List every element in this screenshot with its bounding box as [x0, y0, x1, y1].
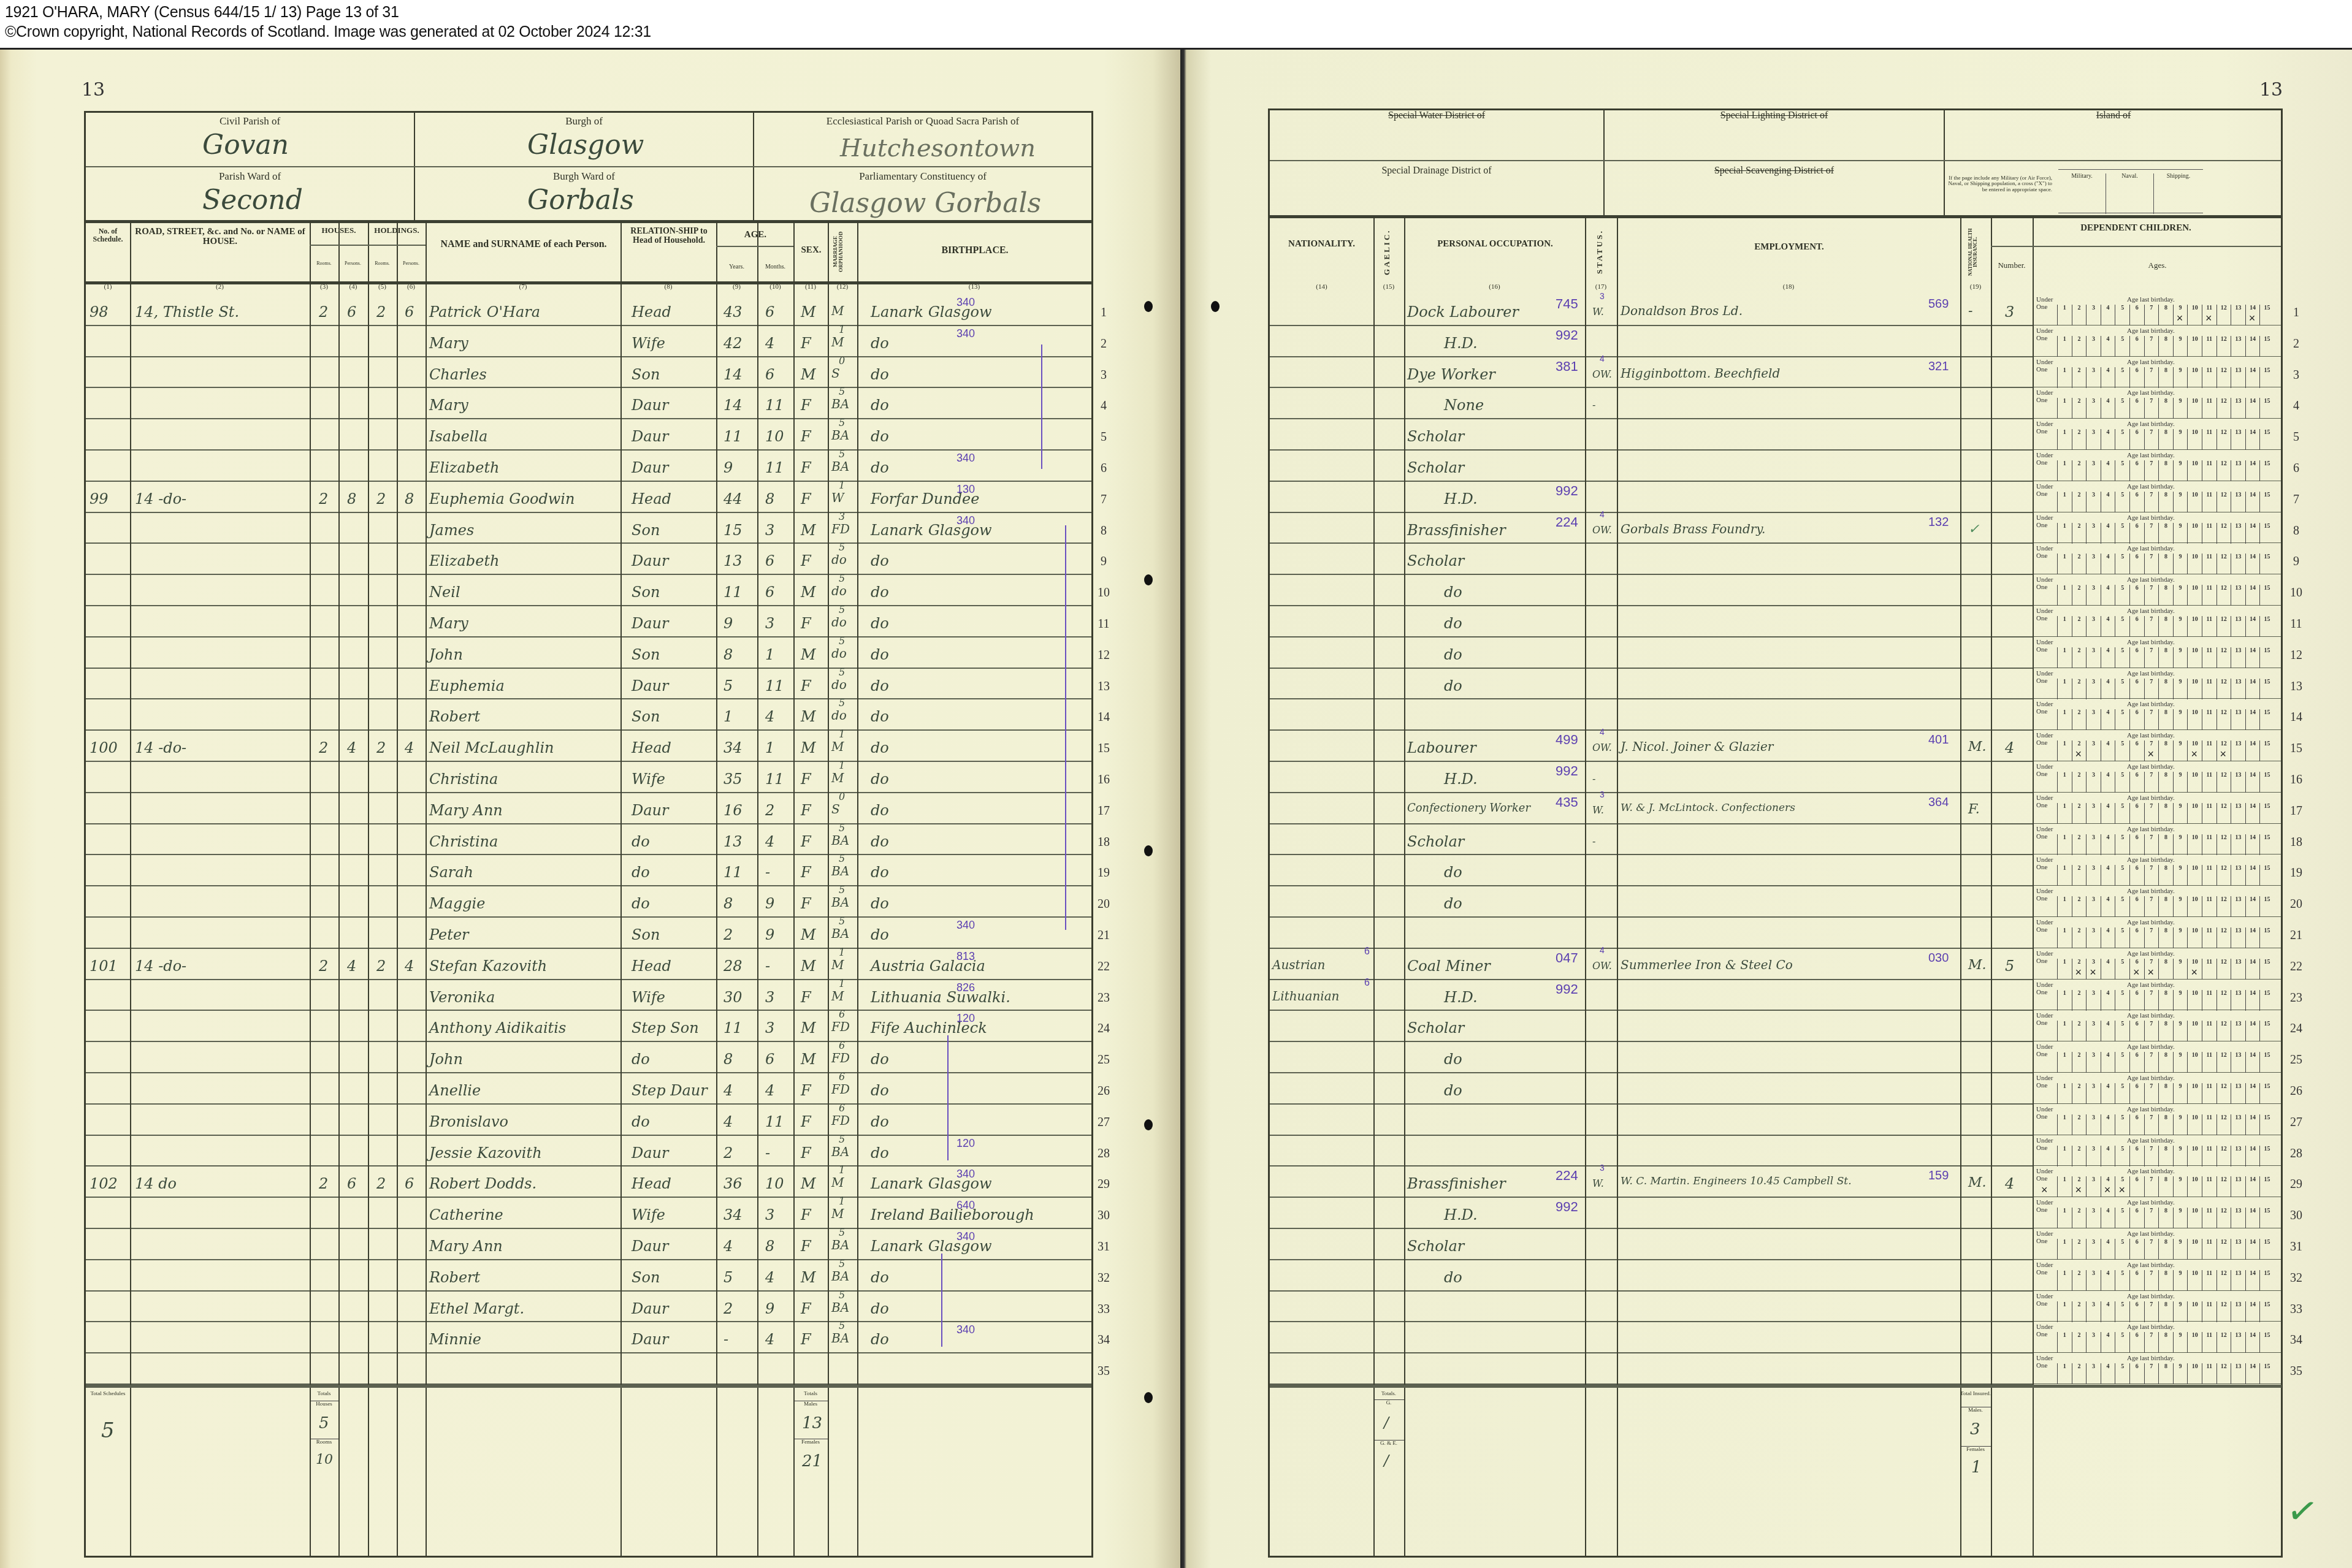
row-number: 16 [1091, 773, 1116, 787]
age-column-1: 1 [2057, 1176, 2072, 1197]
age-months: 8 [765, 1238, 774, 1255]
under-one-label: Under One [2036, 856, 2057, 871]
age-column-15: 15 [2259, 834, 2274, 855]
binding-hole [1144, 845, 1153, 856]
col-dependent-children: DEPENDENT CHILDREN. [1991, 224, 2281, 234]
age-column-14: 14 [2245, 709, 2260, 730]
child-age-cross: × [2075, 1184, 2082, 1197]
person-name: Bronislavo [429, 1113, 508, 1130]
age-years: 11 [724, 428, 743, 445]
age-column-1: 1 [2057, 492, 2072, 512]
marriage-code: 0 [839, 791, 845, 802]
age-column-15: 15 [2259, 1146, 2274, 1166]
relationship: Head [632, 1175, 671, 1192]
table-row: doUnder OneAge last birthday.12345678910… [1180, 855, 2352, 886]
under-one-label: Under One [2036, 545, 2057, 560]
col-birthplace: BIRTHPLACE. [858, 246, 1091, 256]
under-one-label: Under One [2036, 1262, 2057, 1276]
age-column-9: 9 [2173, 1114, 2188, 1135]
age-column-12: 12 [2216, 585, 2231, 606]
age-column-7: 7 [2144, 1301, 2159, 1322]
birthplace-code: 340 [956, 919, 975, 932]
marriage-code: 1 [839, 1164, 845, 1176]
age-column-3: 3 [2086, 1270, 2101, 1291]
row-number: 11 [1091, 617, 1116, 631]
age-column-13: 13 [2231, 679, 2245, 699]
row-number: 15 [2284, 742, 2308, 756]
age-column-9: 9 [2173, 1146, 2188, 1166]
age-column-10: 10 [2187, 1052, 2202, 1073]
marriage-code: 5 [839, 822, 845, 834]
age-column-4: 4 [2101, 616, 2115, 637]
age-column-14: 14 [2245, 803, 2260, 824]
under-one-label: Under One [2036, 1323, 2057, 1338]
col-number-label: (19) [1960, 284, 1991, 291]
national-health-insurance: F. [1968, 802, 1980, 817]
age-column-9: 9 [2173, 709, 2188, 730]
row-number: 11 [2284, 617, 2308, 631]
age-column-12: 12 [2216, 554, 2231, 574]
age-column-10: 10 [2187, 305, 2202, 325]
age-column-7: 7 [2144, 616, 2159, 637]
age-column-10: 10 [2187, 585, 2202, 606]
table-row: PeterSon29M5BAdo34021 [0, 918, 1180, 949]
age-column-14: 14 [2245, 1083, 2260, 1104]
age-column-3: 3 [2086, 429, 2101, 450]
col-persons: Persons. [397, 261, 426, 266]
row-number: 10 [2284, 586, 2308, 600]
age-column-8: 8 [2158, 1239, 2173, 1260]
relationship: Daur [632, 1331, 668, 1348]
age-column-3: 3 [2086, 740, 2101, 761]
age-column-7: 7 [2144, 1270, 2159, 1291]
age-column-2: 2 [2072, 647, 2087, 668]
dependent-ages-grid: Under OneAge last birthday.1234567891011… [2035, 389, 2280, 418]
person-name: Anthony Aidikaitis [429, 1019, 566, 1037]
table-row: Johndo86M6FDdo25 [0, 1042, 1180, 1073]
table-row: MaryWife424F1Mdo3402 [0, 326, 1180, 357]
relationship: Son [632, 522, 660, 539]
age-column-8: 8 [2158, 834, 2173, 855]
under-one-label: Under One [2036, 794, 2057, 809]
age-column-7: 7 [2144, 834, 2159, 855]
marriage-code: 5 [839, 884, 845, 896]
sex: M [801, 1051, 816, 1068]
age-column-8: 8 [2158, 336, 2173, 357]
personal-occupation: do [1444, 864, 1462, 881]
age-column-4: 4 [2101, 554, 2115, 574]
age-column-13: 13 [2231, 429, 2245, 450]
age-column-13: 13 [2231, 460, 2245, 481]
age-column-15: 15 [2259, 616, 2274, 637]
sex: M [801, 1269, 816, 1286]
age-column-8: 8 [2158, 865, 2173, 886]
age-column-4: 4 [2101, 429, 2115, 450]
under-one-label: Under One [2036, 1355, 2057, 1369]
age-column-1: 1 [2057, 585, 2072, 606]
col-number: (5) [368, 284, 397, 291]
table-row: Under OneAge last birthday.1234567891011… [1180, 1136, 2352, 1167]
child-age-cross: × [2090, 966, 2096, 979]
marriage-status: do [831, 646, 847, 661]
age-column-2: 2 [2072, 1146, 2087, 1166]
nationality-code: 6 [1364, 978, 1370, 989]
age-last-birthday-label: Age last birthday. [2127, 763, 2175, 771]
age-column-2: 2 [2072, 1332, 2087, 1353]
age-column-11: 11 [2202, 1363, 2216, 1384]
schedule-number: 102 [90, 1175, 118, 1192]
age-column-15: 15 [2259, 429, 2274, 450]
age-column-10: 10 [2187, 429, 2202, 450]
age-last-birthday-label: Age last birthday. [2127, 919, 2175, 926]
dependent-ages-grid: Under OneAge last birthday.1234567891011… [2035, 950, 2280, 979]
col-number: (2) [130, 284, 310, 291]
age-column-3: 3 [2086, 398, 2101, 419]
age-column-11: 11 [2202, 1208, 2216, 1228]
table-row: ScholarUnder OneAge last birthday.123456… [1180, 1011, 2352, 1042]
age-column-9: 9 [2173, 1332, 2188, 1353]
child-age-cross: × [2104, 1184, 2111, 1197]
table-row: IsabellaDaur1110F5BAdo5 [0, 419, 1180, 451]
age-column-10: 10 [2187, 1301, 2202, 1322]
table-row: H.D.992-Under OneAge last birthday.12345… [1180, 762, 2352, 793]
table-row: Anthony AidikaitisStep Son113M6FDFife Au… [0, 1011, 1180, 1042]
age-column-3: 3 [2086, 803, 2101, 824]
status: OW. [1592, 960, 1612, 972]
col-number: (7) [426, 284, 620, 291]
age-column-13: 13 [2231, 616, 2245, 637]
houses-value: 5 [319, 1414, 329, 1433]
schedule-number: 99 [90, 490, 109, 508]
age-last-birthday-label: Age last birthday. [2127, 826, 2175, 833]
sex: M [801, 584, 816, 601]
shipping-label: Shipping. [2154, 173, 2203, 180]
relationship: do [632, 833, 650, 850]
holding-rooms: 2 [376, 1175, 386, 1192]
birthplace-code-line [1041, 344, 1042, 469]
age-column-3: 3 [2086, 1363, 2101, 1384]
age-column-13: 13 [2231, 709, 2245, 730]
birthplace-code-line [947, 1035, 949, 1160]
birthplace-code: 340 [956, 327, 975, 340]
under-one-label: Under One [2036, 1199, 2057, 1214]
employment-code: 364 [1928, 796, 1949, 810]
col-years: Years. [716, 264, 757, 271]
age-column-12: 12 [2216, 927, 2231, 948]
row-number: 24 [2284, 1022, 2308, 1036]
child-age-cross: × [2133, 966, 2140, 979]
person-name: Minnie [429, 1331, 481, 1348]
marriage-status: W [831, 490, 844, 505]
relationship: Son [632, 1269, 660, 1286]
age-column-13: 13 [2231, 492, 2245, 512]
person-name: Elizabeth [429, 552, 500, 569]
row-number: 4 [2284, 399, 2308, 413]
row-number: 26 [1091, 1084, 1116, 1098]
age-last-birthday-label: Age last birthday. [2127, 1230, 2175, 1238]
age-last-birthday-label: Age last birthday. [2127, 296, 2175, 303]
age-column-3: 3 [2086, 367, 2101, 388]
age-column-8: 8 [2158, 1332, 2173, 1353]
sex: F [801, 1206, 811, 1224]
age-column-5: 5 [2115, 1083, 2129, 1104]
employment-code: 321 [1928, 360, 1949, 374]
parish-ward-label: Parish Ward of [86, 171, 414, 182]
age-years: 9 [724, 615, 733, 632]
marriage-status: M [831, 303, 844, 318]
age-column-14: 14 [2245, 834, 2260, 855]
occupation-code: 047 [1556, 950, 1578, 966]
age-months: 3 [765, 615, 774, 632]
sex: F [801, 1300, 811, 1317]
age-column-12: 12 [2216, 959, 2231, 980]
age-last-birthday-label: Age last birthday. [2127, 483, 2175, 490]
age-months: 6 [765, 1051, 774, 1068]
sex: F [801, 1331, 811, 1348]
insured-females-value: 1 [1971, 1458, 1982, 1477]
col-employment: EMPLOYMENT. [1618, 243, 1960, 253]
age-column-11: 11 [2202, 834, 2216, 855]
age-column-12: 12 [2216, 398, 2231, 419]
row-number: 25 [2284, 1053, 2308, 1067]
age-column-5: 5 [2115, 616, 2129, 637]
age-column-15: 15 [2259, 492, 2274, 512]
age-column-13: 13 [2231, 336, 2245, 357]
age-column-4: 4 [2101, 709, 2115, 730]
age-last-birthday-label: Age last birthday. [2127, 359, 2175, 366]
age-years: 16 [724, 802, 743, 819]
age-column-6: 6 [2129, 1052, 2144, 1073]
age-column-1: 1 [2057, 1270, 2072, 1291]
table-row: EuphemiaDaur511F5dodo13 [0, 669, 1180, 700]
age-column-1: 1 [2057, 1083, 2072, 1104]
age-months: 4 [765, 833, 774, 850]
relationship: do [632, 1113, 650, 1130]
age-last-birthday-label: Age last birthday. [2127, 732, 2175, 739]
age-column-12: 12 [2216, 1176, 2231, 1197]
age-months: 3 [765, 989, 774, 1006]
status-code: 3 [1600, 790, 1605, 799]
age-column-3: 3 [2086, 554, 2101, 574]
age-column-1: 1 [2057, 336, 2072, 357]
age-columns: 123456789101112131415 [2057, 367, 2274, 388]
age-column-15: 15 [2259, 1114, 2274, 1135]
row-number: 4 [1091, 399, 1116, 413]
age-column-13: 13 [2231, 896, 2245, 917]
personal-occupation: Scholar [1407, 1238, 1464, 1255]
age-column-1: 1 [2057, 709, 2072, 730]
age-column-2: 2 [2072, 803, 2087, 824]
age-last-birthday-label: Age last birthday. [2127, 1137, 2175, 1144]
age-column-15: 15 [2259, 959, 2274, 980]
col-sex: SEX. [795, 246, 828, 256]
personal-occupation: H.D. [1444, 490, 1478, 508]
status-code: 4 [1600, 354, 1605, 363]
age-months: 4 [765, 335, 774, 352]
dependent-ages-grid: Under OneAge last birthday.1234567891011… [2035, 826, 2280, 854]
person-name: Mary Ann [429, 802, 503, 819]
employment-code: 569 [1928, 297, 1949, 311]
relationship: Wife [632, 989, 665, 1006]
age-column-5: 5 [2115, 1363, 2129, 1384]
row-number: 25 [1091, 1053, 1116, 1067]
age-column-9: 9 [2173, 679, 2188, 699]
birthplace-code: 640 [956, 1199, 975, 1212]
age-column-10: 10 [2187, 1114, 2202, 1135]
age-last-birthday-label: Age last birthday. [2127, 1355, 2175, 1362]
marriage-code: 5 [839, 1289, 845, 1301]
rows-end-rule [86, 1385, 1091, 1388]
age-column-7: 7 [2144, 492, 2159, 512]
child-age-cross: × [2118, 1184, 2125, 1197]
age-column-10: 10 [2187, 523, 2202, 544]
age-columns: 123456789101112131415 [2057, 398, 2274, 419]
age-column-8: 8 [2158, 1301, 2173, 1322]
age-months: 10 [765, 1175, 784, 1192]
col-number: (3) [310, 284, 338, 291]
column-rule [716, 221, 717, 1558]
age-column-12: 12 [2216, 772, 2231, 793]
age-columns: 123456789101112131415 [2057, 1239, 2274, 1260]
age-column-5: 5 [2115, 336, 2129, 357]
birthplace: do [871, 397, 889, 414]
constituency-label: Parliamentary Constituency of [754, 171, 1091, 182]
personal-occupation: Coal Miner [1407, 957, 1491, 975]
age-column-14: 14 [2245, 927, 2260, 948]
age-columns: 123456789101112131415 [2057, 772, 2274, 793]
age-column-7: 7 [2144, 1114, 2159, 1135]
under-one-label: Under One [2036, 1012, 2057, 1027]
column-rule [828, 221, 829, 1558]
marriage-status: BA [831, 1300, 849, 1315]
person-name: Mary [429, 615, 468, 632]
totals-label: Totals [310, 1391, 338, 1396]
age-column-5: 5 [2115, 865, 2129, 886]
insured-females-label: Females [1960, 1446, 1991, 1452]
age-column-15: 15 [2259, 865, 2274, 886]
age-column-10: 10 [2187, 492, 2202, 512]
age-columns: 123456789101112131415 [2057, 740, 2274, 761]
age-years: 36 [724, 1175, 743, 1192]
age-column-10: 10 [2187, 1083, 2202, 1104]
relationship: do [632, 895, 650, 912]
personal-occupation: Scholar [1407, 459, 1464, 476]
marriage-status: FD [831, 1113, 850, 1128]
birthplace: do [871, 1269, 889, 1286]
table-row: Mary AnnDaur48F5BALanark Glasgow34031 [0, 1229, 1180, 1260]
birthplace-code: 813 [956, 950, 975, 963]
row-number: 23 [1091, 991, 1116, 1005]
under-one-label: Under One [2036, 452, 2057, 466]
sex: F [801, 335, 811, 352]
age-column-4: 4 [2101, 1208, 2115, 1228]
age-column-15: 15 [2259, 305, 2274, 325]
dependent-ages-grid: Under OneAge last birthday.1234567891011… [2035, 1293, 2280, 1322]
copyright-notice: ©Crown copyright, National Records of Sc… [5, 22, 651, 42]
age-years: 11 [724, 1019, 743, 1037]
age-column-3: 3 [2086, 834, 2101, 855]
age-column-6: 6 [2129, 429, 2144, 450]
dependent-ages-grid: Under OneAge last birthday.1234567891011… [2035, 1355, 2280, 1383]
table-row: ScholarUnder OneAge last birthday.123456… [1180, 1229, 2352, 1260]
person-name: Mary Ann [429, 1238, 503, 1255]
age-column-13: 13 [2231, 398, 2245, 419]
marriage-status: M [831, 1175, 844, 1190]
age-years: 28 [724, 957, 743, 975]
table-row: JamesSon153M3FDLanark Glasgow3408 [0, 513, 1180, 544]
age-column-3: 3 [2086, 1021, 2101, 1041]
age-column-8: 8 [2158, 1208, 2173, 1228]
row-number: 10 [1091, 586, 1116, 600]
marriage-code: 1 [839, 978, 845, 989]
marriage-code: 5 [839, 417, 845, 428]
sex: M [801, 366, 816, 383]
age-column-4: 4 [2101, 336, 2115, 357]
age-column-12: 12 [2216, 305, 2231, 325]
age-months: 6 [765, 303, 774, 321]
occupation-code: 992 [1556, 483, 1578, 499]
sex: F [801, 490, 811, 508]
age-column-14: 14 [2245, 772, 2260, 793]
age-column-11: 11 [2202, 523, 2216, 544]
age-column-10: 10 [2187, 1021, 2202, 1041]
age-months: 6 [765, 366, 774, 383]
age-months: 9 [765, 1300, 774, 1317]
dependent-ages-grid: Under OneAge last birthday.1234567891011… [2035, 576, 2280, 605]
person-name: Christina [429, 833, 498, 850]
house-persons: 4 [347, 957, 356, 975]
age-columns: 123456789101112131415 [2057, 429, 2274, 450]
table-row: 10214 do2626Robert Dodds.Head3610M1MLana… [0, 1166, 1180, 1198]
age-column-15: 15 [2259, 896, 2274, 917]
age-column-14: 14 [2245, 1363, 2260, 1384]
age-column-2: 2 [2072, 865, 2087, 886]
age-months: 6 [765, 584, 774, 601]
employment: Higginbottom. Beechfield [1621, 366, 1780, 381]
marriage-status: BA [831, 397, 849, 411]
marriage-status: BA [831, 1144, 849, 1159]
age-column-12: 12 [2216, 679, 2231, 699]
marriage-status: BA [831, 459, 849, 474]
age-column-8: 8 [2158, 1176, 2173, 1197]
row-number: 2 [2284, 337, 2308, 351]
personal-occupation: do [1444, 1269, 1462, 1286]
age-column-5: 5 [2115, 679, 2129, 699]
column-rule [1960, 216, 1961, 1558]
relationship: Son [632, 926, 660, 943]
age-column-9: 9 [2173, 1363, 2188, 1384]
col-number-label: (15) [1373, 284, 1404, 291]
marriage-status: M [831, 739, 844, 754]
birthplace: do [871, 459, 889, 476]
dependent-ages-grid: Under OneAge last birthday.1234567891011… [2035, 1012, 2280, 1041]
age-column-15: 15 [2259, 554, 2274, 574]
person-name: Christina [429, 771, 498, 788]
table-row: ElizabethDaur136F5dodo9 [0, 544, 1180, 575]
age-column-5: 5 [2115, 990, 2129, 1011]
under-one-label: Under One [2036, 1230, 2057, 1245]
age-column-2: 2 [2072, 1270, 2087, 1291]
marriage-status: do [831, 677, 847, 692]
dependent-ages-grid: Under OneAge last birthday.1234567891011… [2035, 514, 2280, 543]
dependent-children-number: 5 [2005, 957, 2014, 975]
age-column-15: 15 [2259, 709, 2274, 730]
age-column-5: 5 [2115, 834, 2129, 855]
under-one-label: Under One [2036, 1293, 2057, 1307]
age-column-14: 14 [2245, 990, 2260, 1011]
dependent-ages-grid: Under OneAge last birthday.1234567891011… [2035, 421, 2280, 449]
age-column-4: 4 [2101, 772, 2115, 793]
